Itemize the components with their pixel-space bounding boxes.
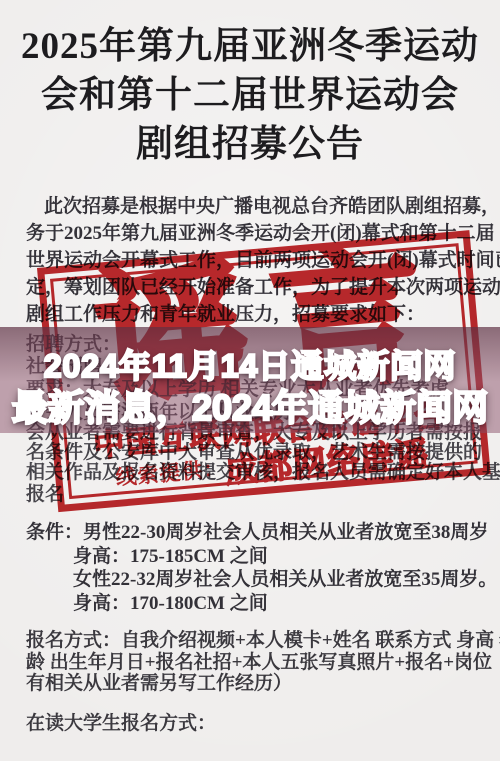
conditions-block: 条件：男性22-30周岁社会人员相关从业者放宽至38周岁 身高：175-185C…: [26, 521, 497, 615]
signup-line: 报名方式：自我介绍视频+本人模卡+姓名 联系方式 身高 年: [26, 630, 500, 652]
news-caption-line-2: 最新消息，2024年通城新闻网: [0, 380, 500, 431]
stamp-source-label: 线索提供：: [115, 457, 227, 489]
condition-line: 身高：175-185CM 之间: [26, 545, 497, 569]
notice-title: 2025年第九届亚洲冬季运动 会和第十二届世界运动会 剧组招募公告: [0, 22, 500, 169]
title-line: 剧组招募公告: [0, 120, 500, 169]
condition-line: 女性22-32周岁社会人员相关从业者放宽至35周岁。: [26, 568, 497, 592]
signup-line: 龄 出生年月日+报名社招+本人五张写真照片+报名+岗位 （如: [26, 652, 500, 674]
signup-line: 有相关从业者需另写工作经历）: [26, 673, 500, 695]
condition-line: 身高：170-180CM 之间: [26, 592, 497, 616]
condition-line: 条件：男性22-30周岁社会人员相关从业者放宽至38周岁: [26, 521, 497, 545]
title-line: 会和第十二届世界运动会: [0, 71, 500, 120]
signup-method-block: 报名方式：自我介绍视频+本人模卡+姓名 联系方式 身高 年 龄 出生年月日+报名…: [26, 630, 500, 695]
student-signup-heading: 在读大学生报名方式：: [26, 708, 216, 735]
fake-recruitment-notice-image: 2025年第九届亚洲冬季运动 会和第十二届世界运动会 剧组招募公告 此次招募是根…: [0, 0, 500, 761]
paragraph-line: 此次招募是根据中央广播电视总台齐皓团队剧组招募，服: [26, 193, 482, 220]
title-line: 2025年第九届亚洲冬季运动: [0, 22, 500, 71]
